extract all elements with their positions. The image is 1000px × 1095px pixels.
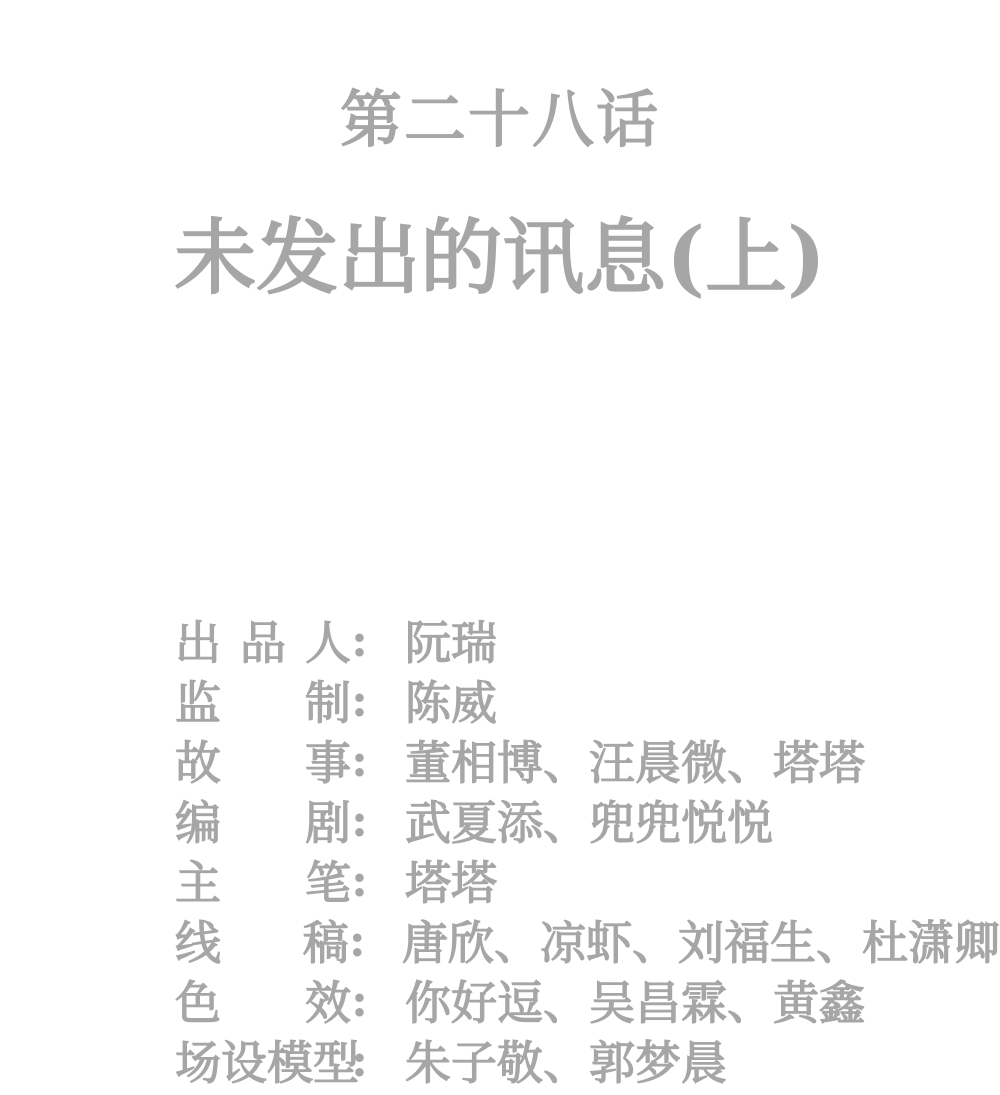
credit-names: 塔塔 xyxy=(405,847,497,913)
credit-role: 出 品 人 xyxy=(175,607,351,673)
credit-colon: : xyxy=(351,613,405,667)
role-char: 线 xyxy=(175,907,221,973)
role-char: 稿 xyxy=(303,907,349,973)
credit-colon: : xyxy=(351,673,405,727)
credit-names: 朱子敬、郭梦晨 xyxy=(405,1027,727,1093)
credit-row-scene-modeling: 场 设 模 型 : 朱子敬、郭梦晨 xyxy=(175,1030,1000,1090)
role-char: 事 xyxy=(305,727,351,793)
role-char: 笔 xyxy=(305,847,351,913)
credit-colon: : xyxy=(351,973,405,1027)
credit-colon: : xyxy=(351,733,405,787)
credit-row-screenwriter: 编 剧 : 武夏添、兜兜悦悦 xyxy=(175,790,1000,850)
credit-row-story: 故 事 : 董相博、汪晨微、塔塔 xyxy=(175,730,1000,790)
credit-role: 场 设 模 型 xyxy=(175,1027,351,1093)
credit-colon: : xyxy=(351,793,405,847)
role-char: 模 xyxy=(267,1027,313,1093)
credit-names: 你好逗、吴昌霖、黄鑫 xyxy=(405,967,865,1033)
role-char: 色 xyxy=(175,967,221,1033)
credit-colon: : xyxy=(349,913,402,967)
credit-names: 武夏添、兜兜悦悦 xyxy=(405,787,773,853)
credit-names: 唐欣、凉虾、刘福生、杜潇卿 xyxy=(402,907,1000,973)
credit-role: 监 制 xyxy=(175,667,351,733)
credit-colon: : xyxy=(351,853,405,907)
role-char: 编 xyxy=(175,787,221,853)
credit-role: 故 事 xyxy=(175,727,351,793)
credit-role: 色 效 xyxy=(175,967,351,1033)
role-char: 故 xyxy=(175,727,221,793)
role-char: 剧 xyxy=(305,787,351,853)
credit-row-coloring: 色 效 : 你好逗、吴昌霖、黄鑫 xyxy=(175,970,1000,1030)
role-char: 人 xyxy=(305,607,351,673)
role-char: 设 xyxy=(221,1027,267,1093)
credit-row-producer: 出 品 人 : 阮瑞 xyxy=(175,610,1000,670)
credit-names: 董相博、汪晨微、塔塔 xyxy=(405,727,865,793)
role-char: 制 xyxy=(305,667,351,733)
credit-role: 线 稿 xyxy=(175,907,349,973)
credit-names: 阮瑞 xyxy=(405,607,497,673)
credit-row-lineart: 线 稿 : 唐欣、凉虾、刘福生、杜潇卿 xyxy=(175,910,1000,970)
credit-colon: : xyxy=(351,1033,405,1087)
credits-list: 出 品 人 : 阮瑞 监 制 : 陈威 故 事 : 董相博、汪晨微、塔塔 编 剧… xyxy=(175,610,1000,1090)
credit-row-lead-artist: 主 笔 : 塔塔 xyxy=(175,850,1000,910)
chapter-number: 第二十八话 xyxy=(0,82,1000,158)
credit-names: 陈威 xyxy=(405,667,497,733)
role-char: 场 xyxy=(175,1027,221,1093)
credit-role: 编 剧 xyxy=(175,787,351,853)
credit-row-supervisor: 监 制 : 陈威 xyxy=(175,670,1000,730)
credit-role: 主 笔 xyxy=(175,847,351,913)
role-char: 效 xyxy=(305,967,351,1033)
chapter-title: 未发出的讯息(上) xyxy=(0,206,1000,310)
role-char: 品 xyxy=(240,607,286,673)
role-char: 主 xyxy=(175,847,221,913)
role-char: 监 xyxy=(175,667,221,733)
role-char: 出 xyxy=(175,607,221,673)
